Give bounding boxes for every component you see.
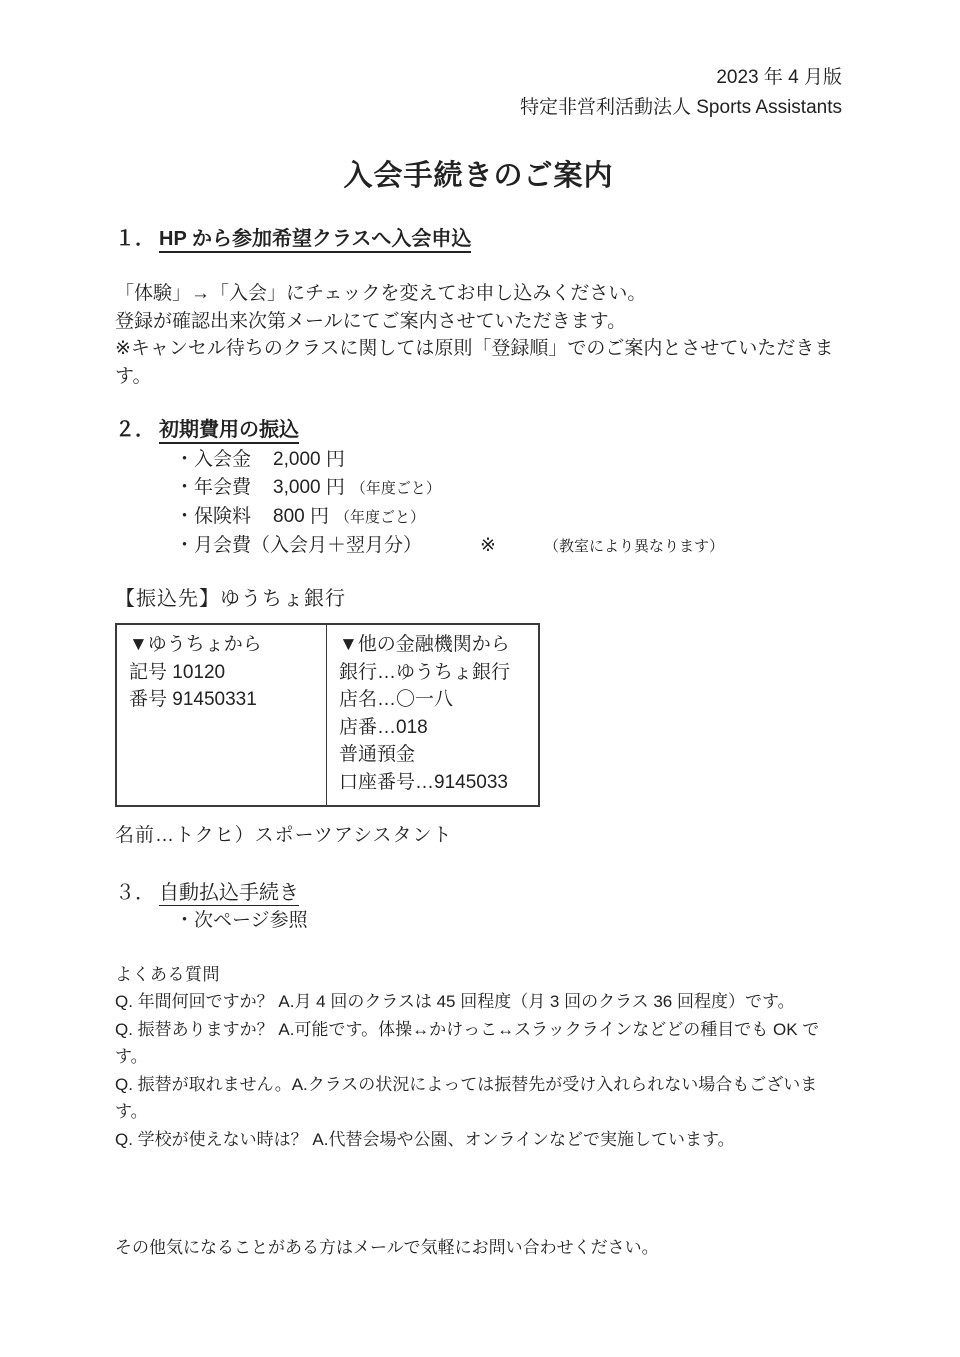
section-3-title: 自動払込手続き bbox=[159, 882, 299, 906]
fee-note: （教室により異なります） bbox=[544, 538, 724, 555]
footer-contact-line: その他気になることがある方はメールで気軽にお問い合わせください。 bbox=[115, 1234, 842, 1261]
section-2-number: ２． bbox=[115, 419, 155, 441]
fee-bullet: ・ bbox=[175, 535, 194, 556]
fee-row: ・月会費（入会月＋翌月分）※（教室により異なります） bbox=[175, 532, 842, 561]
bank-account-table: ▼ゆうちょから 記号 10120 番号 91450331 ▼他の金融機関から 銀… bbox=[115, 623, 540, 807]
table-line: 口座番号…9145033 bbox=[339, 769, 526, 797]
fee-row: ・入会金2,000 円 bbox=[175, 446, 842, 474]
faq-item: Q. 振替が取れません。A.クラスの状況によっては振替先が受け入れられない場合も… bbox=[115, 1071, 842, 1126]
fee-amount: 2,000 円 bbox=[273, 449, 345, 470]
body-line: ※キャンセル待ちのクラスに関しては原則「登録順」でのご案内とさせていただきます。 bbox=[115, 335, 842, 390]
faq-item: Q. 年間何回ですか？ A.月 4 回のクラスは 45 回程度（月 3 回のクラ… bbox=[115, 988, 842, 1016]
faq-item: Q. 振替ありますか？ A.可能です。体操↔かけっこ↔スラックラインなどどの種目… bbox=[115, 1016, 842, 1071]
table-line: ▼他の金融機関から bbox=[339, 631, 526, 659]
fee-asterisk: ※ bbox=[480, 535, 496, 556]
document-header: 2023 年 4 月版 特定非営利活動法人 Sports Assistants bbox=[115, 63, 842, 123]
fee-bullet: ・ bbox=[175, 477, 194, 498]
fee-bullet: ・ bbox=[175, 449, 194, 470]
faq-heading: よくある質問 bbox=[115, 961, 842, 989]
fee-row: ・年会費3,000 円（年度ごと） bbox=[175, 474, 842, 503]
faq-section: よくある質問 Q. 年間何回ですか？ A.月 4 回のクラスは 45 回程度（月… bbox=[115, 961, 842, 1154]
fee-row: ・保険料800 円（年度ごと） bbox=[175, 503, 842, 532]
fee-note: （年度ごと） bbox=[351, 480, 441, 497]
bank-table-cell-other-banks: ▼他の金融機関から 銀行…ゆうちょ銀行 店名…〇一八 店番…018 普通預金 口… bbox=[327, 625, 538, 805]
fee-label: 年会費 bbox=[194, 477, 251, 498]
section-3-heading: ３．自動払込手続き bbox=[115, 879, 842, 907]
section-2-heading: ２．初期費用の振込 bbox=[115, 416, 842, 444]
organization-name: 特定非営利活動法人 Sports Assistants bbox=[115, 93, 842, 123]
edition-date: 2023 年 4 月版 bbox=[115, 63, 842, 93]
section-1-heading: １．HP から参加希望クラスへ入会申込 bbox=[115, 225, 842, 253]
fee-label: 保険料 bbox=[194, 506, 251, 527]
fee-amount: 3,000 円 bbox=[273, 477, 345, 498]
faq-item: Q. 学校が使えない時は？ A.代替会場や公園、オンラインなどで実施しています。 bbox=[115, 1126, 842, 1154]
bank-table-cell-yucho: ▼ゆうちょから 記号 10120 番号 91450331 bbox=[117, 625, 327, 805]
section-3-number: ３． bbox=[115, 882, 155, 904]
body-line: 登録が確認出来次第メールにてご案内させていただきます。 bbox=[115, 308, 842, 336]
fee-bullet: ・ bbox=[175, 506, 194, 527]
section-2-title: 初期費用の振込 bbox=[159, 419, 299, 444]
document-page: 2023 年 4 月版 特定非営利活動法人 Sports Assistants … bbox=[0, 0, 960, 1357]
section-1-title: HP から参加希望クラスへ入会申込 bbox=[159, 228, 471, 253]
account-name-line: 名前…トクヒ）スポーツアシスタント bbox=[115, 822, 842, 850]
table-line: 番号 91450331 bbox=[129, 686, 314, 714]
table-line: 店番…018 bbox=[339, 714, 526, 742]
section-3-bullet: ・次ページ参照 bbox=[115, 907, 842, 935]
section-1-body: 「体験」→「入会」にチェックを変えてお申し込みください。 登録が確認出来次第メー… bbox=[115, 280, 842, 390]
fee-list: ・入会金2,000 円 ・年会費3,000 円（年度ごと） ・保険料800 円（… bbox=[115, 446, 842, 561]
table-line: ▼ゆうちょから bbox=[129, 631, 314, 659]
fee-amount: 800 円 bbox=[273, 506, 329, 527]
body-line: 「体験」→「入会」にチェックを変えてお申し込みください。 bbox=[115, 280, 842, 308]
fee-label: 月会費（入会月＋翌月分） bbox=[194, 535, 422, 556]
fee-note: （年度ごと） bbox=[335, 509, 425, 526]
fee-label: 入会金 bbox=[194, 449, 251, 470]
section-1-number: １． bbox=[115, 228, 155, 250]
transfer-destination-heading: 【振込先】ゆうちょ銀行 bbox=[115, 585, 842, 613]
table-line: 銀行…ゆうちょ銀行 bbox=[339, 659, 526, 687]
table-line: 記号 10120 bbox=[129, 659, 314, 687]
table-line: 店名…〇一八 bbox=[339, 686, 526, 714]
page-title: 入会手続きのご案内 bbox=[115, 156, 842, 196]
table-line: 普通預金 bbox=[339, 741, 526, 769]
